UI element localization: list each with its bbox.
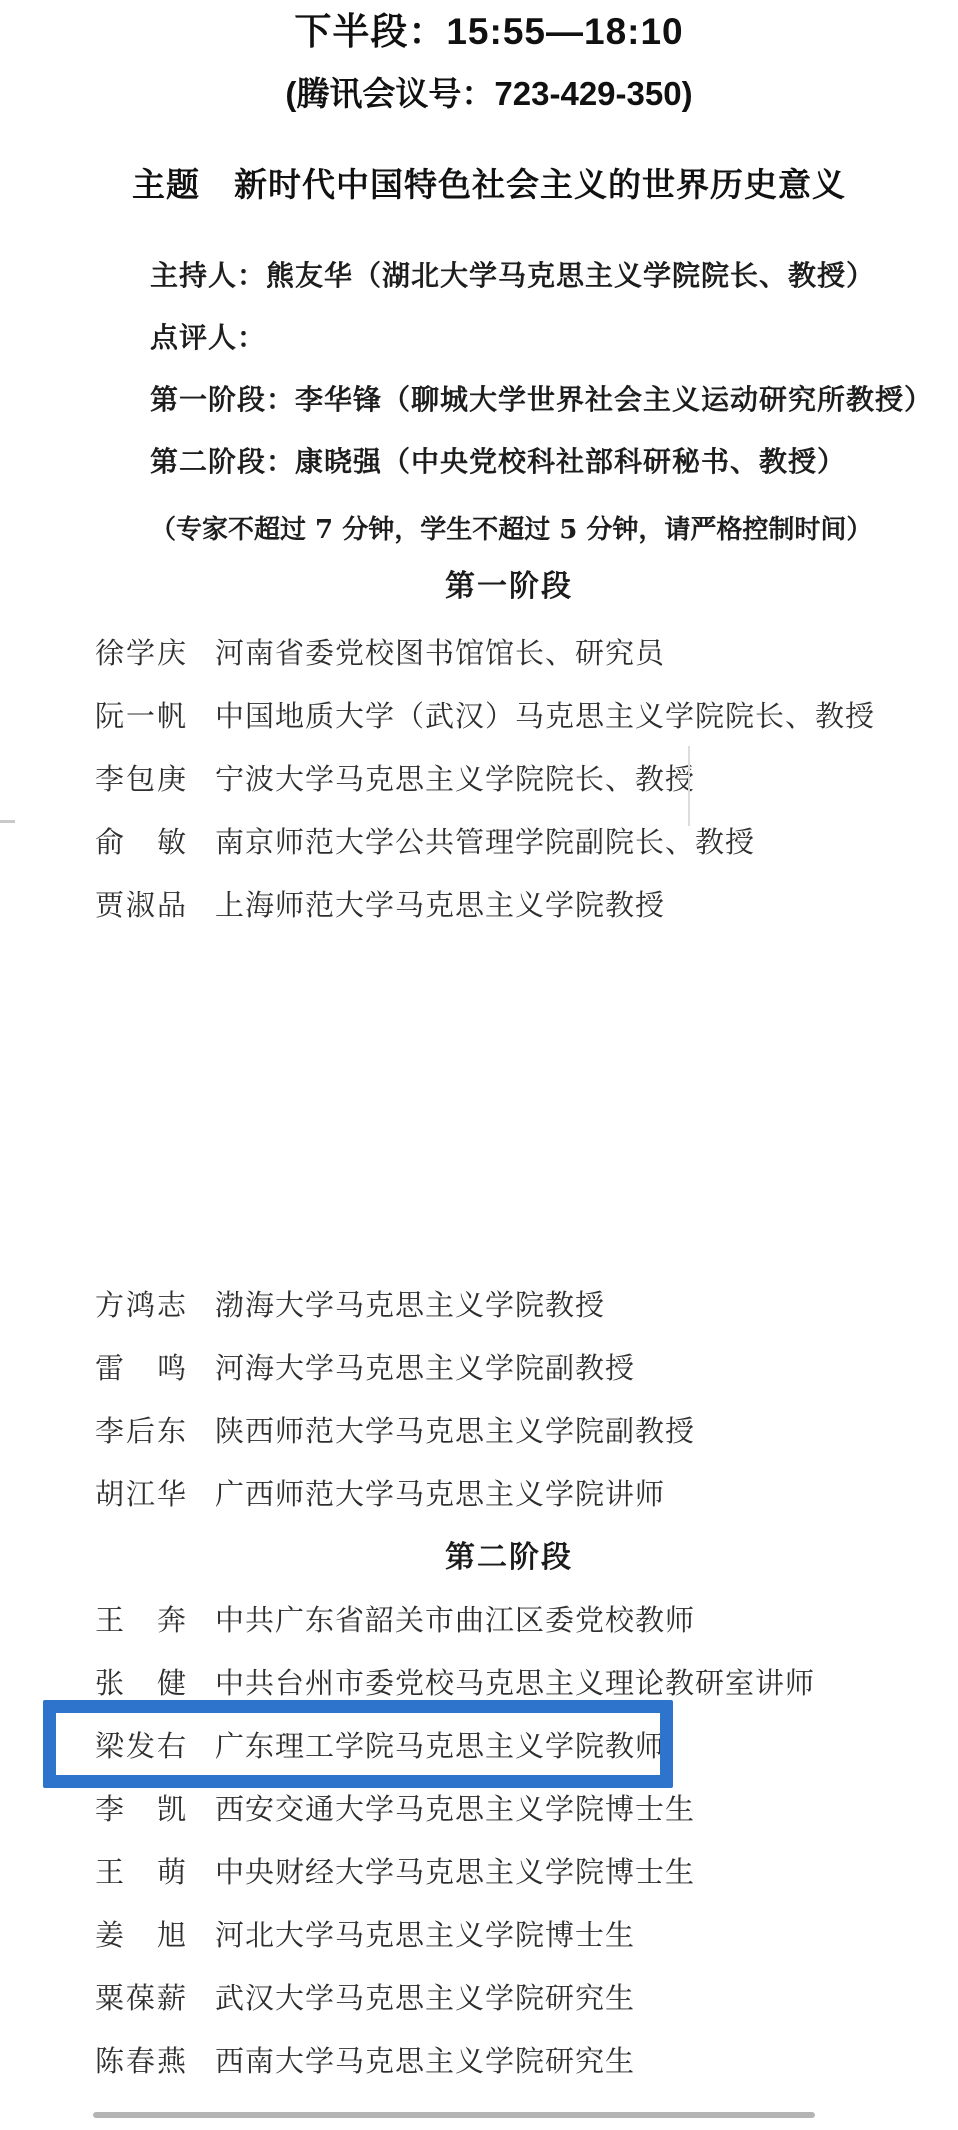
speaker-row: 张 健中共台州市委党校马克思主义理论教研室讲师 — [0, 1652, 958, 1715]
page-edge-artifact-horizontal — [0, 820, 15, 823]
speaker-name: 梁发右 — [95, 1715, 207, 1778]
speaker-affiliation: 南京师范大学公共管理学院副院长、教授 — [215, 825, 755, 859]
speaker-row-highlighted: 梁发右广东理工学院马克思主义学院教师 — [0, 1715, 958, 1778]
speaker-row: 贾淑品上海师范大学马克思主义学院教授 — [0, 874, 958, 937]
speaker-affiliation: 上海师范大学马克思主义学院教授 — [215, 888, 665, 922]
speaker-affiliation: 武汉大学马克思主义学院研究生 — [215, 1981, 635, 2015]
commentators-label: 点评人： — [150, 307, 938, 369]
speaker-affiliation: 中共广东省韶关市曲江区委党校教师 — [215, 1603, 695, 1637]
session-title: 下半段：15:55—18:10 — [0, 8, 958, 56]
meeting-id: (腾讯会议号：723-429-350) — [0, 72, 958, 116]
stage2-header: 第二阶段 — [0, 1526, 958, 1589]
speaker-affiliation: 广西师范大学马克思主义学院讲师 — [215, 1477, 665, 1511]
speaker-affiliation: 广东理工学院马克思主义学院教师 — [215, 1729, 665, 1763]
speaker-row: 李包庚宁波大学马克思主义学院院长、教授 — [0, 748, 958, 811]
speaker-row: 李后东陕西师范大学马克思主义学院副教授 — [0, 1400, 958, 1463]
speaker-row: 粟葆薪武汉大学马克思主义学院研究生 — [0, 1967, 958, 2030]
speaker-name: 张 健 — [95, 1652, 207, 1715]
speaker-name: 徐学庆 — [95, 622, 207, 685]
speaker-affiliation: 渤海大学马克思主义学院教授 — [215, 1288, 605, 1322]
time-note: （专家不超过 7 分钟，学生不超过 5 分钟，请严格控制时间） — [150, 512, 938, 548]
speaker-row: 俞 敏南京师范大学公共管理学院副院长、教授 — [0, 811, 958, 874]
bottom-scroll-bar — [93, 2112, 815, 2118]
speaker-affiliation: 河北大学马克思主义学院博士生 — [215, 1918, 635, 1952]
speaker-name: 胡江华 — [95, 1463, 207, 1526]
speaker-name: 姜 旭 — [95, 1904, 207, 1967]
speaker-row: 王 萌中央财经大学马克思主义学院博士生 — [0, 1841, 958, 1904]
speakers-page2: 方鸿志渤海大学马克思主义学院教授雷 鸣河海大学马克思主义学院副教授李后东陕西师范… — [0, 1274, 958, 2093]
speaker-name: 方鸿志 — [95, 1274, 207, 1337]
speaker-affiliation: 陕西师范大学马克思主义学院副教授 — [215, 1414, 695, 1448]
speaker-name: 李 凯 — [95, 1778, 207, 1841]
meta-block: 主持人：熊友华（湖北大学马克思主义学院院长、教授） 点评人： 第一阶段：李华锋（… — [150, 245, 938, 493]
speaker-affiliation: 河南省委党校图书馆馆长、研究员 — [215, 636, 665, 670]
speaker-name: 阮一帆 — [95, 685, 207, 748]
page-edge-artifact-vertical — [688, 746, 690, 826]
speaker-affiliation: 中央财经大学马克思主义学院博士生 — [215, 1855, 695, 1889]
speaker-affiliation: 西安交通大学马克思主义学院博士生 — [215, 1792, 695, 1826]
speaker-affiliation: 西南大学马克思主义学院研究生 — [215, 2044, 635, 2078]
speaker-row: 雷 鸣河海大学马克思主义学院副教授 — [0, 1337, 958, 1400]
speaker-name: 王 奔 — [95, 1589, 207, 1652]
speaker-row: 徐学庆河南省委党校图书馆馆长、研究员 — [0, 622, 958, 685]
document-page: 下半段：15:55—18:10 (腾讯会议号：723-429-350) 主题 新… — [0, 0, 958, 2130]
theme-title: 主题 新时代中国特色社会主义的世界历史意义 — [0, 161, 958, 209]
speaker-name: 王 萌 — [95, 1841, 207, 1904]
speaker-row: 姜 旭河北大学马克思主义学院博士生 — [0, 1904, 958, 1967]
speaker-affiliation: 中共台州市委党校马克思主义理论教研室讲师 — [215, 1666, 815, 1700]
speaker-row: 陈春燕西南大学马克思主义学院研究生 — [0, 2030, 958, 2093]
stage2-commentator-line: 第二阶段：康晓强（中央党校科社部科研秘书、教授） — [150, 431, 938, 493]
speaker-affiliation: 中国地质大学（武汉）马克思主义学院院长、教授 — [215, 699, 875, 733]
speaker-affiliation: 河海大学马克思主义学院副教授 — [215, 1351, 635, 1385]
speaker-name: 李包庚 — [95, 748, 207, 811]
speaker-row: 阮一帆中国地质大学（武汉）马克思主义学院院长、教授 — [0, 685, 958, 748]
speaker-affiliation: 宁波大学马克思主义学院院长、教授 — [215, 762, 695, 796]
speaker-name: 陈春燕 — [95, 2030, 207, 2093]
speaker-name: 雷 鸣 — [95, 1337, 207, 1400]
speaker-row: 方鸿志渤海大学马克思主义学院教授 — [0, 1274, 958, 1337]
stage1-commentator-line: 第一阶段：李华锋（聊城大学世界社会主义运动研究所教授） — [150, 369, 938, 431]
speaker-name: 粟葆薪 — [95, 1967, 207, 2030]
speaker-name: 李后东 — [95, 1400, 207, 1463]
speaker-name: 贾淑品 — [95, 874, 207, 937]
speaker-row: 胡江华广西师范大学马克思主义学院讲师 — [0, 1463, 958, 1526]
host-line: 主持人：熊友华（湖北大学马克思主义学院院长、教授） — [150, 245, 938, 307]
stage1-speakers-page1: 徐学庆河南省委党校图书馆馆长、研究员阮一帆中国地质大学（武汉）马克思主义学院院长… — [0, 622, 958, 937]
speaker-row: 王 奔中共广东省韶关市曲江区委党校教师 — [0, 1589, 958, 1652]
stage1-header: 第一阶段 — [0, 568, 958, 606]
speaker-name: 俞 敏 — [95, 811, 207, 874]
speaker-row: 李 凯西安交通大学马克思主义学院博士生 — [0, 1778, 958, 1841]
